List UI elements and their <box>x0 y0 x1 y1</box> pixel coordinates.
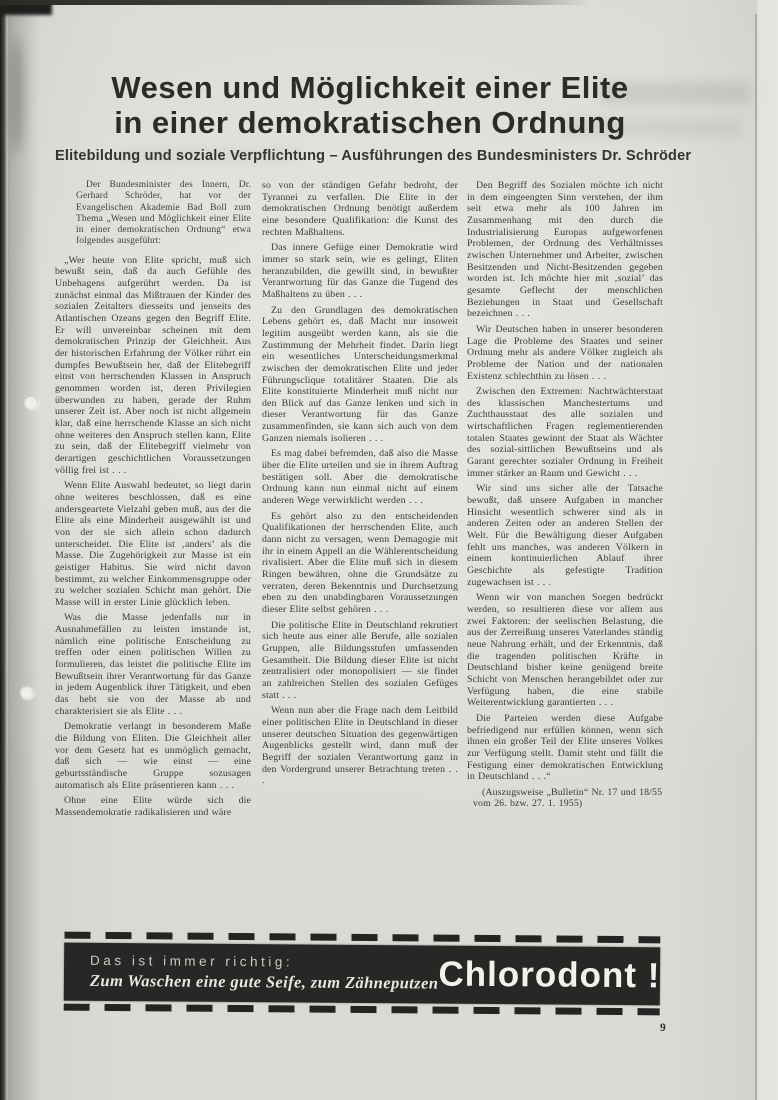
paragraph: Wenn Elite Auswahl bedeutet, so liegt da… <box>55 480 251 608</box>
paragraph: Zu den Grundlagen des demokratischen Leb… <box>262 305 458 445</box>
paragraph: Wenn nun aber die Frage nach dem Leitbil… <box>262 705 458 787</box>
article-title-line2: in einer demokratischen Ordnung <box>70 105 670 140</box>
left-edge-shadow <box>8 0 42 1100</box>
article-title: Wesen und Möglichkeit einer Elite in ein… <box>70 70 670 140</box>
ad-slogan-line1: Das ist immer richtig: <box>90 953 439 971</box>
chlorodont-advertisement: Das ist immer richtig: Zum Waschen eine … <box>64 932 661 1016</box>
punch-hole <box>20 685 34 699</box>
editorial-intro: Der Bundesminister des Innern, Dr. Gerha… <box>55 180 251 248</box>
paragraph: Ohne eine Elite würde sich die Massendem… <box>55 795 251 818</box>
article-title-line1: Wesen und Möglichkeit einer Elite <box>70 70 670 105</box>
ad-slogan-line2: Zum Waschen eine gute Seife, zum Zähnepu… <box>90 971 439 994</box>
column-3: Den Begriff des Sozialen möchte ich nich… <box>467 180 663 934</box>
paragraph: Es gehört also zu den entscheidenden Qua… <box>262 511 458 616</box>
paragraph: Das innere Gefüge einer Demokratie wird … <box>262 242 458 300</box>
article-subtitle: Elitebildung und soziale Verpflichtung –… <box>55 148 661 164</box>
page-number: 9 <box>660 1022 666 1034</box>
dashed-rule-bottom <box>64 1004 660 1016</box>
column-2: so von der ständigen Gefahr bedroht, der… <box>262 180 458 934</box>
column-1: Der Bundesminister des Innern, Dr. Gerha… <box>55 180 251 934</box>
left-smudge <box>9 38 24 153</box>
paragraph: Den Begriff des Sozialen möchte ich nich… <box>467 180 663 320</box>
source-note: (Auszugsweise „Bulletin“ Nr. 17 und 18/5… <box>467 787 663 810</box>
paragraph: Der Bundesminister des Innern, Dr. Gerha… <box>76 180 251 248</box>
paragraph: Was die Masse jedenfalls nur in Ausnahme… <box>55 612 251 717</box>
ad-brand-name: Chlorodont ! <box>438 955 674 997</box>
paragraph: „Wer heute von Elite spricht, muß sich b… <box>55 255 251 476</box>
paragraph: Demokratie verlangt in besonderem Maße d… <box>55 721 251 791</box>
paragraph: so von der ständigen Gefahr bedroht, der… <box>262 180 458 238</box>
right-paper-edge <box>757 0 778 1100</box>
right-edge-line <box>755 14 757 1100</box>
paragraph: Wir Deutschen haben in unserer besondere… <box>467 324 663 382</box>
top-edge-line <box>0 0 590 5</box>
paragraph: Es mag dabei befremden, daß also die Mas… <box>262 448 458 506</box>
ad-copy: Das ist immer richtig: Zum Waschen eine … <box>64 953 439 994</box>
paragraph: Die politische Elite in Deutschland rekr… <box>262 620 458 702</box>
article-body: Der Bundesminister des Innern, Dr. Gerha… <box>55 180 663 934</box>
paragraph: Zwischen den Extremen: Nachtwächterstaat… <box>467 386 663 479</box>
ad-box: Das ist immer richtig: Zum Waschen eine … <box>64 943 660 1006</box>
paragraph: Wenn wir von manchen Sorgen bedrückt wer… <box>467 592 663 709</box>
scanned-magazine-page: Wesen und Möglichkeit einer Elite in ein… <box>0 0 778 1100</box>
paragraph: Die Parteien werden diese Aufgabe befrie… <box>467 713 663 783</box>
paragraph: Wir sind uns sicher alle der Tatsache be… <box>467 483 663 588</box>
punch-hole <box>24 395 38 409</box>
